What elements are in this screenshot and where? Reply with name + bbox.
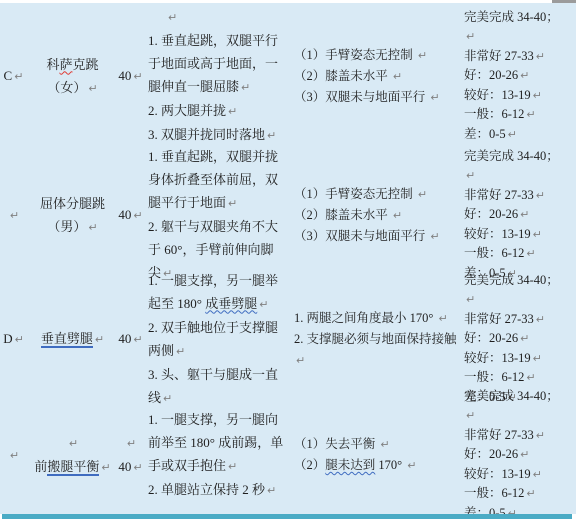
- grading-scale: 完美完成 34-40； ↵非常好 27-33↵好：20-26↵较好：13-19↵…: [460, 148, 576, 282]
- paragraph: 1. 垂直起跳，双腿并拢身体折叠至体前屈，双腿平行于地面↵: [148, 145, 285, 215]
- paragraph-mark-icon: ↵: [520, 69, 529, 82]
- grading-scale: 完美完成 34-40； ↵非常好 27-33↵好：20-26↵较好：13-19↵…: [460, 4, 576, 148]
- paragraph: 好：20-26↵: [464, 445, 572, 465]
- paragraph-mark-icon: ↵: [526, 247, 535, 260]
- paragraph: 屈体分腿跳: [40, 192, 105, 215]
- paragraph: （3）双腿未与地面平行 ↵: [294, 87, 458, 108]
- paragraph-mark-icon: ↵: [439, 312, 448, 325]
- text-run: 2. 双手触地位于支撑腿两侧: [148, 320, 278, 358]
- paragraph-mark-icon: ↵: [466, 409, 475, 422]
- paragraph-mark-icon: ↵: [508, 128, 517, 141]
- paragraph: 1. 两腿之间角度最小 170° ↵: [294, 308, 458, 329]
- paragraph: 完美完成 34-40； ↵: [464, 271, 572, 310]
- paragraph: 前搬腿平衡↵: [34, 455, 110, 479]
- deduction-list: 1. 两腿之间角度最小 170° ↵2. 支撑腿必须与地面保持接触↵: [290, 282, 460, 396]
- text-run: 170°: [375, 458, 405, 472]
- paragraph-mark-icon: ↵: [127, 437, 136, 450]
- text-run: （2）膝盖未水平: [294, 208, 391, 222]
- paragraph: 40↵: [118, 203, 142, 227]
- paragraph-mark-icon: ↵: [228, 197, 237, 210]
- text-run: （2）: [294, 458, 325, 472]
- paragraph-mark-icon: ↵: [533, 228, 542, 241]
- paragraph: （1）手臂姿态无控制 ↵: [294, 184, 458, 205]
- text-with-link-underline: 搬腿平衡: [47, 459, 99, 476]
- text-run: 2. 两大腿并拢: [148, 103, 226, 118]
- text-run: 较好：13-19: [464, 351, 531, 365]
- paragraph: C↵: [4, 64, 24, 88]
- paragraph-mark-icon: ↵: [526, 487, 535, 500]
- paragraph: 较好：13-19↵: [464, 86, 572, 106]
- cell-letter: C↵: [0, 4, 27, 148]
- paragraph: ↵: [125, 431, 136, 455]
- text-run: 好：20-26: [464, 68, 518, 82]
- paragraph-mark-icon: ↵: [466, 293, 475, 306]
- paragraph: 2. 单腿站立保持 2 秒↵: [148, 478, 285, 502]
- paragraph-mark-icon: ↵: [228, 105, 237, 118]
- paragraph-mark-icon: ↵: [259, 298, 268, 311]
- paragraph: 好：20-26↵: [464, 205, 572, 225]
- text-with-wavy-underline: 腿未达到: [325, 458, 375, 472]
- paragraph-mark-icon: ↵: [95, 333, 104, 346]
- deduction-list: （1）手臂姿态无控制 ↵（2）膝盖未水平 ↵（3）双腿未与地面平行 ↵: [290, 148, 460, 282]
- top-right-border-fragment: [552, 0, 576, 3]
- text-with-wavy-underline: 成垂劈腿: [205, 296, 257, 311]
- paragraph-mark-icon: ↵: [418, 49, 427, 62]
- paragraph: 3. 双腿并拢同时落地↵: [148, 123, 285, 147]
- paragraph-mark-icon: ↵: [430, 91, 439, 104]
- text-run: 40: [118, 459, 131, 474]
- paragraph: 科萨克跳: [46, 53, 98, 76]
- paragraph: 差：0-5↵: [464, 125, 572, 145]
- paragraph: 40↵: [118, 327, 142, 351]
- cell-max-score: ↵40↵: [118, 396, 143, 514]
- text-run: 2. 支撑腿必须与地面保持接触: [294, 332, 457, 346]
- text-run: 非常好 27-33: [464, 188, 534, 202]
- text-run: 好：20-26: [464, 207, 518, 221]
- text-run: （2）膝盖未水平: [294, 69, 391, 83]
- text-run: （1）手臂姿态无控制: [294, 187, 416, 201]
- text-run: 40: [118, 331, 131, 346]
- paragraph-mark-icon: ↵: [520, 208, 529, 221]
- text-run: 完美完成 34-40；: [464, 389, 559, 403]
- grading-scale: 完美完成 34-40； ↵非常好 27-33↵好：20-26↵较好：13-19↵…: [460, 396, 576, 514]
- paragraph: 1. 垂直起跳，双腿平行于地面或高于地面，一腿伸直一腿屈膝↵: [148, 29, 285, 99]
- paragraph: 完美完成 34-40； ↵: [464, 387, 572, 426]
- cell-max-score: 40↵: [118, 4, 143, 148]
- skill-name: 垂直劈腿↵: [27, 282, 118, 396]
- text-run: 完美完成 34-40；: [464, 149, 559, 163]
- criteria-list: 1. 垂直起跳，双腿并拢身体折叠至体前屈，双腿平行于地面↵2. 躯干与双腿夹角不…: [143, 148, 290, 282]
- deduction-list: （1）失去平衡 ↵（2）腿未达到 170° ↵: [290, 396, 460, 514]
- paragraph: 完美完成 34-40； ↵: [464, 147, 572, 186]
- paragraph: ↵: [166, 5, 285, 29]
- paragraph-mark-icon: ↵: [168, 11, 177, 24]
- skill-name: 屈体分腿跳（男）↵: [27, 148, 118, 282]
- grading-scale: 完美完成 34-40； ↵非常好 27-33↵好：20-26↵较好：13-19↵…: [460, 282, 576, 396]
- paragraph: 完美完成 34-40； ↵: [464, 8, 572, 47]
- text-run: 1. 垂直起跳，双腿并拢身体折叠至体前屈，双腿平行于地面: [148, 149, 278, 210]
- text-run: 较好：13-19: [464, 467, 531, 481]
- paragraph-mark-icon: ↵: [10, 209, 19, 222]
- paragraph-mark-icon: ↵: [536, 313, 545, 326]
- paragraph-mark-icon: ↵: [536, 429, 545, 442]
- paragraph-mark-icon: ↵: [267, 484, 276, 497]
- paragraph: （女）↵: [47, 76, 97, 100]
- paragraph-mark-icon: ↵: [520, 332, 529, 345]
- text-run: 40: [118, 68, 131, 83]
- paragraph: D↵: [3, 327, 24, 351]
- criteria-list: 1. 一腿支撑，另一腿举起至 180° 成垂劈腿↵2. 双手触地位于支撑腿两侧↵…: [143, 282, 290, 396]
- paragraph-mark-icon: ↵: [533, 352, 542, 365]
- text-run: 1. 两腿之间角度最小 170°: [294, 311, 437, 325]
- text-run: （3）双腿未与地面平行: [294, 90, 428, 104]
- paragraph: 较好：13-19↵: [464, 465, 572, 485]
- paragraph-mark-icon: ↵: [228, 460, 237, 473]
- criteria-list: ↵1. 垂直起跳，双腿平行于地面或高于地面，一腿伸直一腿屈膝↵2. 两大腿并拢↵…: [143, 4, 290, 148]
- text-run: （男）: [47, 219, 86, 234]
- paragraph-mark-icon: ↵: [526, 371, 535, 384]
- paragraph-mark-icon: ↵: [407, 459, 416, 472]
- paragraph: ↵: [8, 203, 19, 227]
- paragraph: 好：20-26↵: [464, 329, 572, 349]
- criteria-list: 1. 一腿支撑，另一腿向前举至 180° 成前踢，单手或双手抱住↵2. 单腿站立…: [143, 396, 290, 514]
- paragraph: （2）膝盖未水平 ↵: [294, 66, 458, 87]
- paragraph: 较好：13-19↵: [464, 225, 572, 245]
- paragraph: 2. 两大腿并拢↵: [148, 99, 285, 123]
- paragraph-mark-icon: ↵: [393, 70, 402, 83]
- paragraph-mark-icon: ↵: [393, 209, 402, 222]
- paragraph: 非常好 27-33↵: [464, 426, 572, 446]
- skill-name: ↵前搬腿平衡↵: [27, 396, 118, 514]
- paragraph-mark-icon: ↵: [418, 188, 427, 201]
- paragraph-mark-icon: ↵: [133, 209, 142, 222]
- paragraph-mark-icon: ↵: [267, 129, 276, 142]
- paragraph-mark-icon: ↵: [15, 333, 24, 346]
- text-run: 3. 双腿并拢同时落地: [148, 127, 265, 142]
- cell-max-score: 40↵: [118, 148, 143, 282]
- text-run: 科: [46, 57, 59, 72]
- paragraph: 2. 支撑腿必须与地面保持接触↵: [294, 329, 458, 371]
- text-run: 非常好 27-33: [464, 312, 534, 326]
- paragraph: 一般：6-12↵: [464, 244, 572, 264]
- paragraph-mark-icon: ↵: [526, 108, 535, 121]
- text-run: （1）失去平衡: [294, 437, 378, 451]
- paragraph-mark-icon: ↵: [466, 30, 475, 43]
- paragraph-mark-icon: ↵: [520, 448, 529, 461]
- deduction-list: （1）手臂姿态无控制 ↵（2）膝盖未水平 ↵（3）双腿未与地面平行 ↵: [290, 4, 460, 148]
- text-run: 一般：6-12: [464, 486, 524, 500]
- paragraph: 一般：6-12↵: [464, 105, 572, 125]
- paragraph: （3）双腿未与地面平行 ↵: [294, 226, 458, 247]
- paragraph-mark-icon: ↵: [88, 221, 97, 234]
- text-run: 一般：6-12: [464, 107, 524, 121]
- paragraph-mark-icon: ↵: [466, 169, 475, 182]
- text-run: 1. 垂直起跳，双腿平行于地面或高于地面，一腿伸直一腿屈膝: [148, 33, 278, 94]
- text-run: 完美完成 34-40；: [464, 10, 559, 24]
- paragraph: 40↵: [118, 64, 142, 88]
- paragraph-mark-icon: ↵: [241, 81, 250, 94]
- text-with-link-underline: 垂直劈腿: [41, 331, 93, 348]
- paragraph-mark-icon: ↵: [430, 230, 439, 243]
- cell-letter: ↵: [0, 396, 27, 514]
- paragraph: （2）膝盖未水平 ↵: [294, 205, 458, 226]
- paragraph: 一般：6-12↵: [464, 368, 572, 388]
- paragraph-mark-icon: ↵: [133, 70, 142, 83]
- text-run: 差：0-5: [464, 127, 506, 141]
- text-run: （3）双腿未与地面平行: [294, 229, 428, 243]
- paragraph: （男）↵: [47, 215, 97, 239]
- text-run: 屈体分腿跳: [40, 196, 105, 211]
- paragraph: （1）手臂姿态无控制 ↵: [294, 45, 458, 66]
- paragraph-mark-icon: ↵: [296, 354, 305, 367]
- paragraph: 垂直劈腿↵: [41, 327, 104, 351]
- text-run: 完美完成 34-40；: [464, 273, 559, 287]
- paragraph-mark-icon: ↵: [133, 333, 142, 346]
- paragraph-mark-icon: ↵: [69, 437, 78, 450]
- paragraph-mark-icon: ↵: [133, 461, 142, 474]
- score-table: C↵ 科萨克跳（女）↵ 40↵ ↵1. 垂直起跳，双腿平行于地面或高于地面，一腿…: [0, 4, 576, 514]
- paragraph: 好：20-26↵: [464, 66, 572, 86]
- paragraph-mark-icon: ↵: [88, 82, 97, 95]
- text-run: 较好：13-19: [464, 88, 531, 102]
- paragraph-mark-icon: ↵: [101, 461, 110, 474]
- paragraph-mark-icon: ↵: [380, 438, 389, 451]
- paragraph: 较好：13-19↵: [464, 349, 572, 369]
- paragraph: 一般：6-12↵: [464, 484, 572, 504]
- paragraph: 非常好 27-33↵: [464, 310, 572, 330]
- paragraph: 2. 双手触地位于支撑腿两侧↵: [148, 316, 285, 363]
- paragraph: 1. 一腿支撑，另一腿举起至 180° 成垂劈腿↵: [148, 269, 285, 316]
- paragraph: ↵: [8, 443, 19, 467]
- paragraph: 1. 一腿支撑，另一腿向前举至 180° 成前踢，单手或双手抱住↵: [148, 408, 285, 478]
- text-run: 好：20-26: [464, 331, 518, 345]
- text-run: 非常好 27-33: [464, 428, 534, 442]
- paragraph: 40↵: [118, 455, 142, 479]
- text-run: 40: [118, 207, 131, 222]
- paragraph: （2）腿未达到 170° ↵: [294, 455, 458, 476]
- text-run: C: [4, 68, 13, 83]
- text-run: 一般：6-12: [464, 370, 524, 384]
- paragraph-mark-icon: ↵: [536, 189, 545, 202]
- text-run: 非常好 27-33: [464, 49, 534, 63]
- text-run: （1）手臂姿态无控制: [294, 48, 416, 62]
- text-run: D: [3, 331, 12, 346]
- text-run: （女）: [47, 80, 86, 95]
- paragraph: 非常好 27-33↵: [464, 47, 572, 67]
- text-run: 好：20-26: [464, 447, 518, 461]
- text-run: 较好：13-19: [464, 227, 531, 241]
- paragraph-mark-icon: ↵: [176, 345, 185, 358]
- document-page: C↵ 科萨克跳（女）↵ 40↵ ↵1. 垂直起跳，双腿平行于地面或高于地面，一腿…: [0, 0, 576, 523]
- text-run: 2. 单腿站立保持 2 秒: [148, 482, 265, 497]
- text-run: 前: [34, 459, 47, 474]
- paragraph: （1）失去平衡 ↵: [294, 434, 458, 455]
- paragraph-mark-icon: ↵: [536, 50, 545, 63]
- text-with-red-underline: 萨: [59, 57, 72, 72]
- cell-letter: D↵: [0, 282, 27, 396]
- cell-letter: ↵: [0, 148, 27, 282]
- paragraph: 非常好 27-33↵: [464, 186, 572, 206]
- cell-max-score: 40↵: [118, 282, 143, 396]
- text-run: 克跳: [73, 57, 99, 72]
- paragraph: ↵: [67, 431, 78, 455]
- paragraph-mark-icon: ↵: [533, 89, 542, 102]
- paragraph-mark-icon: ↵: [10, 449, 19, 462]
- text-run: 一般：6-12: [464, 246, 524, 260]
- skill-name: 科萨克跳（女）↵: [27, 4, 118, 148]
- text-run: 1. 一腿支撑，另一腿向前举至 180° 成前踢，单手或双手抱住: [148, 412, 283, 473]
- paragraph-mark-icon: ↵: [533, 468, 542, 481]
- table-bottom-border: [2, 514, 572, 519]
- paragraph-mark-icon: ↵: [14, 70, 23, 83]
